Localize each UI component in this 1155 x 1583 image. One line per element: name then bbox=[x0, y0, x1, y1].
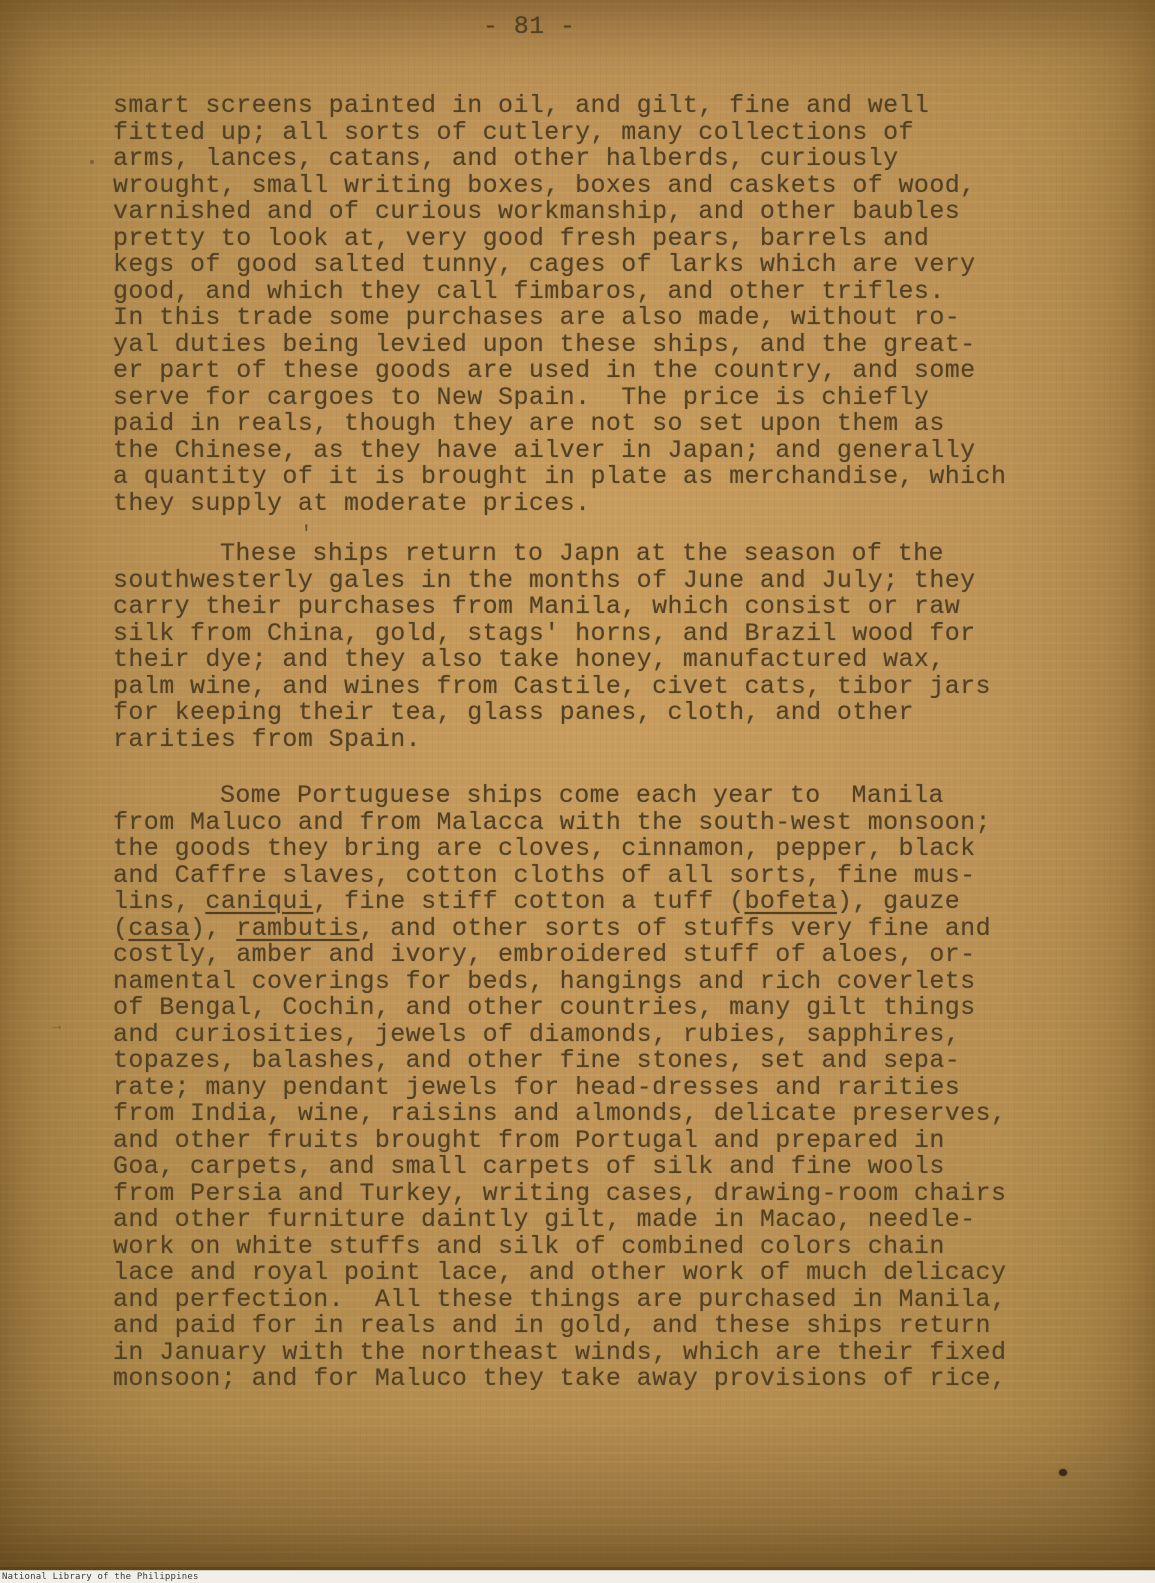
stray-mark: ' bbox=[300, 524, 313, 547]
text-line: silk from China, gold, stags' horns, and… bbox=[113, 621, 1073, 648]
text-line: fitted up; all sorts of cutlery, many co… bbox=[113, 120, 1073, 147]
text-line: pretty to look at, very good fresh pears… bbox=[113, 226, 1073, 253]
footer-bar: National Library of the Philippines bbox=[0, 1570, 1155, 1583]
text-line: from Persia and Turkey, writing cases, d… bbox=[113, 1181, 1073, 1208]
text-line: the goods they bring are cloves, cinnamo… bbox=[113, 836, 1073, 863]
text-line: rarities from Spain. bbox=[113, 727, 1073, 754]
text-line: palm wine, and wines from Castile, civet… bbox=[113, 674, 1073, 701]
ink-speck bbox=[1059, 1469, 1067, 1476]
text-line: These ships return to Japn at the season… bbox=[113, 541, 1073, 568]
underlined-term: casa bbox=[128, 914, 190, 943]
underlined-term: bofeta bbox=[745, 887, 837, 916]
text-line: and perfection. All these things are pur… bbox=[113, 1287, 1073, 1314]
page-number: - 81 - bbox=[483, 12, 575, 41]
text-line: rate; many pendant jewels for head-dress… bbox=[113, 1075, 1073, 1102]
text-line: topazes, balashes, and other fine stones… bbox=[113, 1048, 1073, 1075]
text-line: their dye; and they also take honey, man… bbox=[113, 647, 1073, 674]
text-line: work on white stuffs and silk of combine… bbox=[113, 1234, 1073, 1261]
underlined-term: rambutis bbox=[236, 914, 359, 943]
text-line: and other furniture daintly gilt, made i… bbox=[113, 1207, 1073, 1234]
text-line: varnished and of curious workmanship, an… bbox=[113, 199, 1073, 226]
margin-pencil-mark: → bbox=[51, 1018, 62, 1036]
text-line: kegs of good salted tunny, cages of lark… bbox=[113, 252, 1073, 279]
text-line: and Caffre slaves, cotton cloths of all … bbox=[113, 863, 1073, 890]
text-line: they supply at moderate prices. bbox=[113, 491, 1073, 518]
text-line: smart screens painted in oil, and gilt, … bbox=[113, 93, 1073, 120]
text-line: southwesterly gales in the months of Jun… bbox=[113, 568, 1073, 595]
text-line: a quantity of it is brought in plate as … bbox=[113, 464, 1073, 491]
text-line: monsoon; and for Maluco they take away p… bbox=[113, 1366, 1073, 1393]
text-line: good, and which they call fimbaros, and … bbox=[113, 279, 1073, 306]
text-line: serve for cargoes to New Spain. The pric… bbox=[113, 385, 1073, 412]
text-line: the Chinese, as they have ailver in Japa… bbox=[113, 438, 1073, 465]
text-line: lins, caniqui, fine stiff cotton a tuff … bbox=[113, 889, 1073, 916]
ink-speck bbox=[90, 160, 94, 164]
text-line: costly, amber and ivory, embroidered stu… bbox=[113, 942, 1073, 969]
underlined-term: caniqui bbox=[205, 887, 313, 916]
text-line: Goa, carpets, and small carpets of silk … bbox=[113, 1154, 1073, 1181]
text-block: smart screens painted in oil, and gilt, … bbox=[113, 93, 1073, 1393]
text-line: and other fruits brought from Portugal a… bbox=[113, 1128, 1073, 1155]
text-line: in January with the northeast winds, whi… bbox=[113, 1340, 1073, 1367]
text-line: namental coverings for beds, hangings an… bbox=[113, 969, 1073, 996]
text-line: Some Portuguese ships come each year to … bbox=[113, 783, 1073, 810]
text-line: In this trade some purchases are also ma… bbox=[113, 305, 1073, 332]
document-page: - 81 - smart screens painted in oil, and… bbox=[0, 0, 1155, 1571]
text-line: for keeping their tea, glass panes, clot… bbox=[113, 700, 1073, 727]
text-line: er part of these goods are used in the c… bbox=[113, 358, 1073, 385]
paragraph: These ships return to Japn at the season… bbox=[113, 541, 1073, 753]
text-line: of Bengal, Cochin, and other countries, … bbox=[113, 995, 1073, 1022]
text-line: wrought, small writing boxes, boxes and … bbox=[113, 173, 1073, 200]
paragraph: smart screens painted in oil, and gilt, … bbox=[113, 93, 1073, 517]
text-line: and paid for in reals and in gold, and t… bbox=[113, 1313, 1073, 1340]
text-line: from India, wine, raisins and almonds, d… bbox=[113, 1101, 1073, 1128]
text-line: lace and royal point lace, and other wor… bbox=[113, 1260, 1073, 1287]
text-line: yal duties being levied upon these ships… bbox=[113, 332, 1073, 359]
text-line: (casa), rambutis, and other sorts of stu… bbox=[113, 916, 1073, 943]
text-line: arms, lances, catans, and other halberds… bbox=[113, 146, 1073, 173]
text-line: from Maluco and from Malacca with the so… bbox=[113, 810, 1073, 837]
scanned-page: - 81 - smart screens painted in oil, and… bbox=[0, 0, 1155, 1583]
paragraph: Some Portuguese ships come each year to … bbox=[113, 783, 1073, 1393]
text-line: carry their purchases from Manila, which… bbox=[113, 594, 1073, 621]
text-line: paid in reals, though they are not so se… bbox=[113, 411, 1073, 438]
text-line: and curiosities, jewels of diamonds, rub… bbox=[113, 1022, 1073, 1049]
footer-label: National Library of the Philippines bbox=[0, 1573, 199, 1582]
